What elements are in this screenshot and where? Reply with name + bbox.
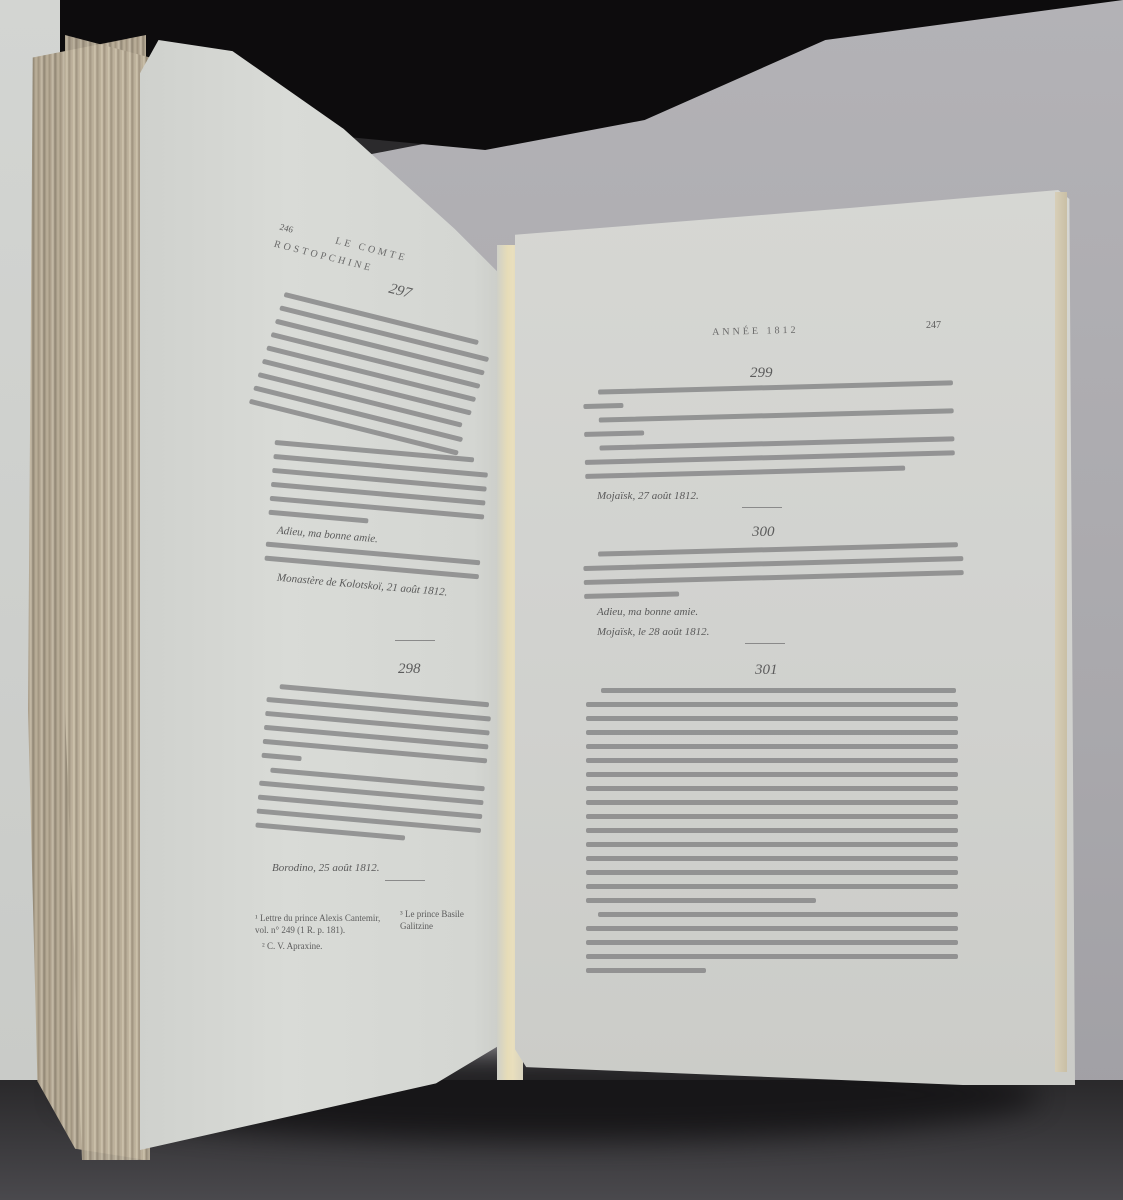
- right-page-edge: [1055, 192, 1067, 1072]
- footnote-1: ¹ Lettre du prince Alexis Cantemir, vol.…: [255, 912, 390, 936]
- letter-300-body: [583, 542, 969, 608]
- letter-300-dateline: Mojaïsk, le 28 août 1812.: [597, 626, 709, 638]
- letter-298-body: [255, 683, 493, 856]
- right-page-number: 247: [926, 320, 941, 331]
- book-photo-scene: 246 LE COMTE ROSTOPCHINE 297 Adieu, ma b…: [0, 0, 1123, 1200]
- footnote-2: ² C. V. Apraxine.: [262, 940, 322, 952]
- left-page-number: 246: [278, 222, 294, 235]
- footnote-3: ³ Le prince Basile Galitzine: [400, 908, 490, 932]
- separator-rule: [395, 640, 435, 641]
- separator-rule: [742, 507, 782, 508]
- letter-298-dateline: Borodino, 25 août 1812.: [272, 862, 379, 874]
- letter-number-298: 298: [398, 660, 421, 678]
- letter-299-body: [583, 380, 960, 488]
- letter-301-body: [586, 688, 966, 982]
- letter-number-299: 299: [750, 365, 773, 382]
- letter-300-closing: Adieu, ma bonne amie.: [597, 606, 698, 618]
- right-running-head: ANNÉE 1812: [712, 325, 799, 338]
- page-block-edges-inner: [65, 35, 150, 1160]
- letter-number-300: 300: [752, 524, 775, 541]
- letter-297-body-cont: Adieu, ma bonne amie. Monastère de Kolot…: [263, 440, 495, 602]
- footnote-rule: [385, 880, 425, 881]
- letter-number-301: 301: [755, 662, 778, 679]
- letter-299-dateline: Mojaïsk, 27 août 1812.: [597, 490, 699, 502]
- separator-rule: [745, 643, 785, 644]
